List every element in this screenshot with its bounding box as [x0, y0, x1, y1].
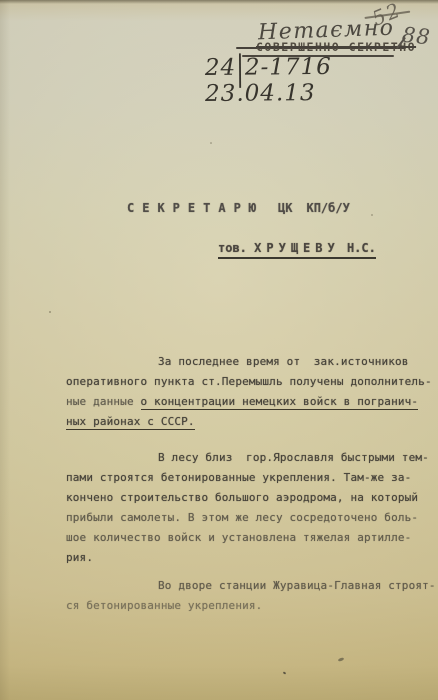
recipient-title: СЕКРЕТАРЮ: [127, 201, 264, 215]
p2-line4: прибыли самолеты. В этом же лесу сосредо…: [66, 508, 422, 528]
p1-line4: ных районах с СССР.: [66, 412, 422, 432]
paragraph-3: Во дворе станции Журавица-Главная строят…: [66, 576, 422, 616]
paper-speck: [210, 142, 212, 144]
paper-speck: [371, 214, 373, 216]
recipient-initials: Н.С.: [347, 241, 376, 255]
p1-line3-underlined: о концентрации немецких войск в погранич…: [141, 395, 419, 410]
p1-line3-plain: ные данные: [66, 395, 141, 408]
p3-line1: Во дворе станции Журавица-Главная строят…: [66, 576, 422, 596]
p1-line3: ные данные о концентрации немецких войск…: [66, 392, 422, 412]
p1-line1: За последнее время от зак.источников: [66, 352, 422, 372]
p2-line3: кончено строительство большого аэродрома…: [66, 488, 422, 508]
p2-line6: рия.: [66, 548, 422, 568]
p1-line4-underlined: ных районах с СССР.: [66, 415, 195, 430]
registry-divider: |: [236, 50, 245, 89]
paragraph-1: За последнее время от зак.источников опе…: [66, 352, 422, 432]
registry-number: 24|2-1716 23.04.13: [205, 53, 438, 107]
recipient-name: ХРУЩЕВУ: [254, 241, 340, 255]
paragraph-2: В лесу близ гор.Ярославля быстрыми тем- …: [66, 448, 422, 568]
p2-line5: шое количество войск и установлена тяжел…: [66, 528, 422, 548]
recipient-org: ЦК: [278, 201, 292, 215]
registry-left: 24: [205, 55, 237, 81]
recipient-name-line: тов. ХРУЩЕВУ Н.С.: [218, 241, 376, 259]
recipient-title-line: СЕКРЕТАРЮЦККП/б/У: [127, 201, 350, 215]
p2-line1: В лесу близ гор.Ярославля быстрыми тем-: [66, 448, 422, 468]
paper-speck: [283, 671, 287, 674]
recipient-prefix: тов.: [218, 241, 247, 255]
recipient-party: КП/б/У: [306, 201, 349, 215]
paper-speck: [49, 311, 51, 313]
p1-line2: оперативного пункта ст.Перемышль получен…: [66, 372, 422, 392]
paper-speck: [338, 657, 345, 662]
classification-stamp: СОВЕРШЕННО СЕКРЕТНО: [256, 40, 416, 54]
p3-line2: ся бетонированные укрепления.: [66, 596, 422, 616]
document-page: 52 88 Нетаємно СОВЕРШЕННО СЕКРЕТНО 24|2-…: [0, 0, 438, 700]
p2-line2: пами строятся бетонированные укрепления.…: [66, 468, 422, 488]
